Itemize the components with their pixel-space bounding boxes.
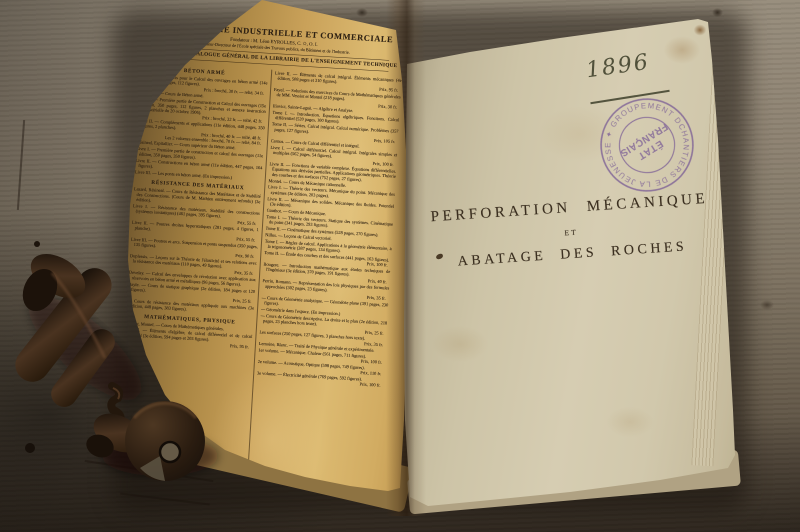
photograph-open-book: ENCYCLOPÉDIE INDUSTRIELLE ET COMMERCIALE… xyxy=(0,0,800,532)
handwritten-date: 1896 xyxy=(585,50,652,84)
book-right-page-title: 1896 CHANTIERS DE LA JEUNESSE ✦ GROUPEME… xyxy=(400,14,740,520)
rusty-corkscrew xyxy=(0,228,270,532)
wood-knot xyxy=(760,300,774,310)
title-block: PERFORATION MÉCANIQUE ET ABATAGE DES ROC… xyxy=(412,190,729,274)
catalog-column-right: Livre II. — Éléments de calcul intégral.… xyxy=(251,69,402,481)
wood-scratch xyxy=(17,120,25,210)
pebble xyxy=(34,241,40,247)
corkscrew-disc xyxy=(125,401,205,481)
pebble xyxy=(25,443,35,453)
